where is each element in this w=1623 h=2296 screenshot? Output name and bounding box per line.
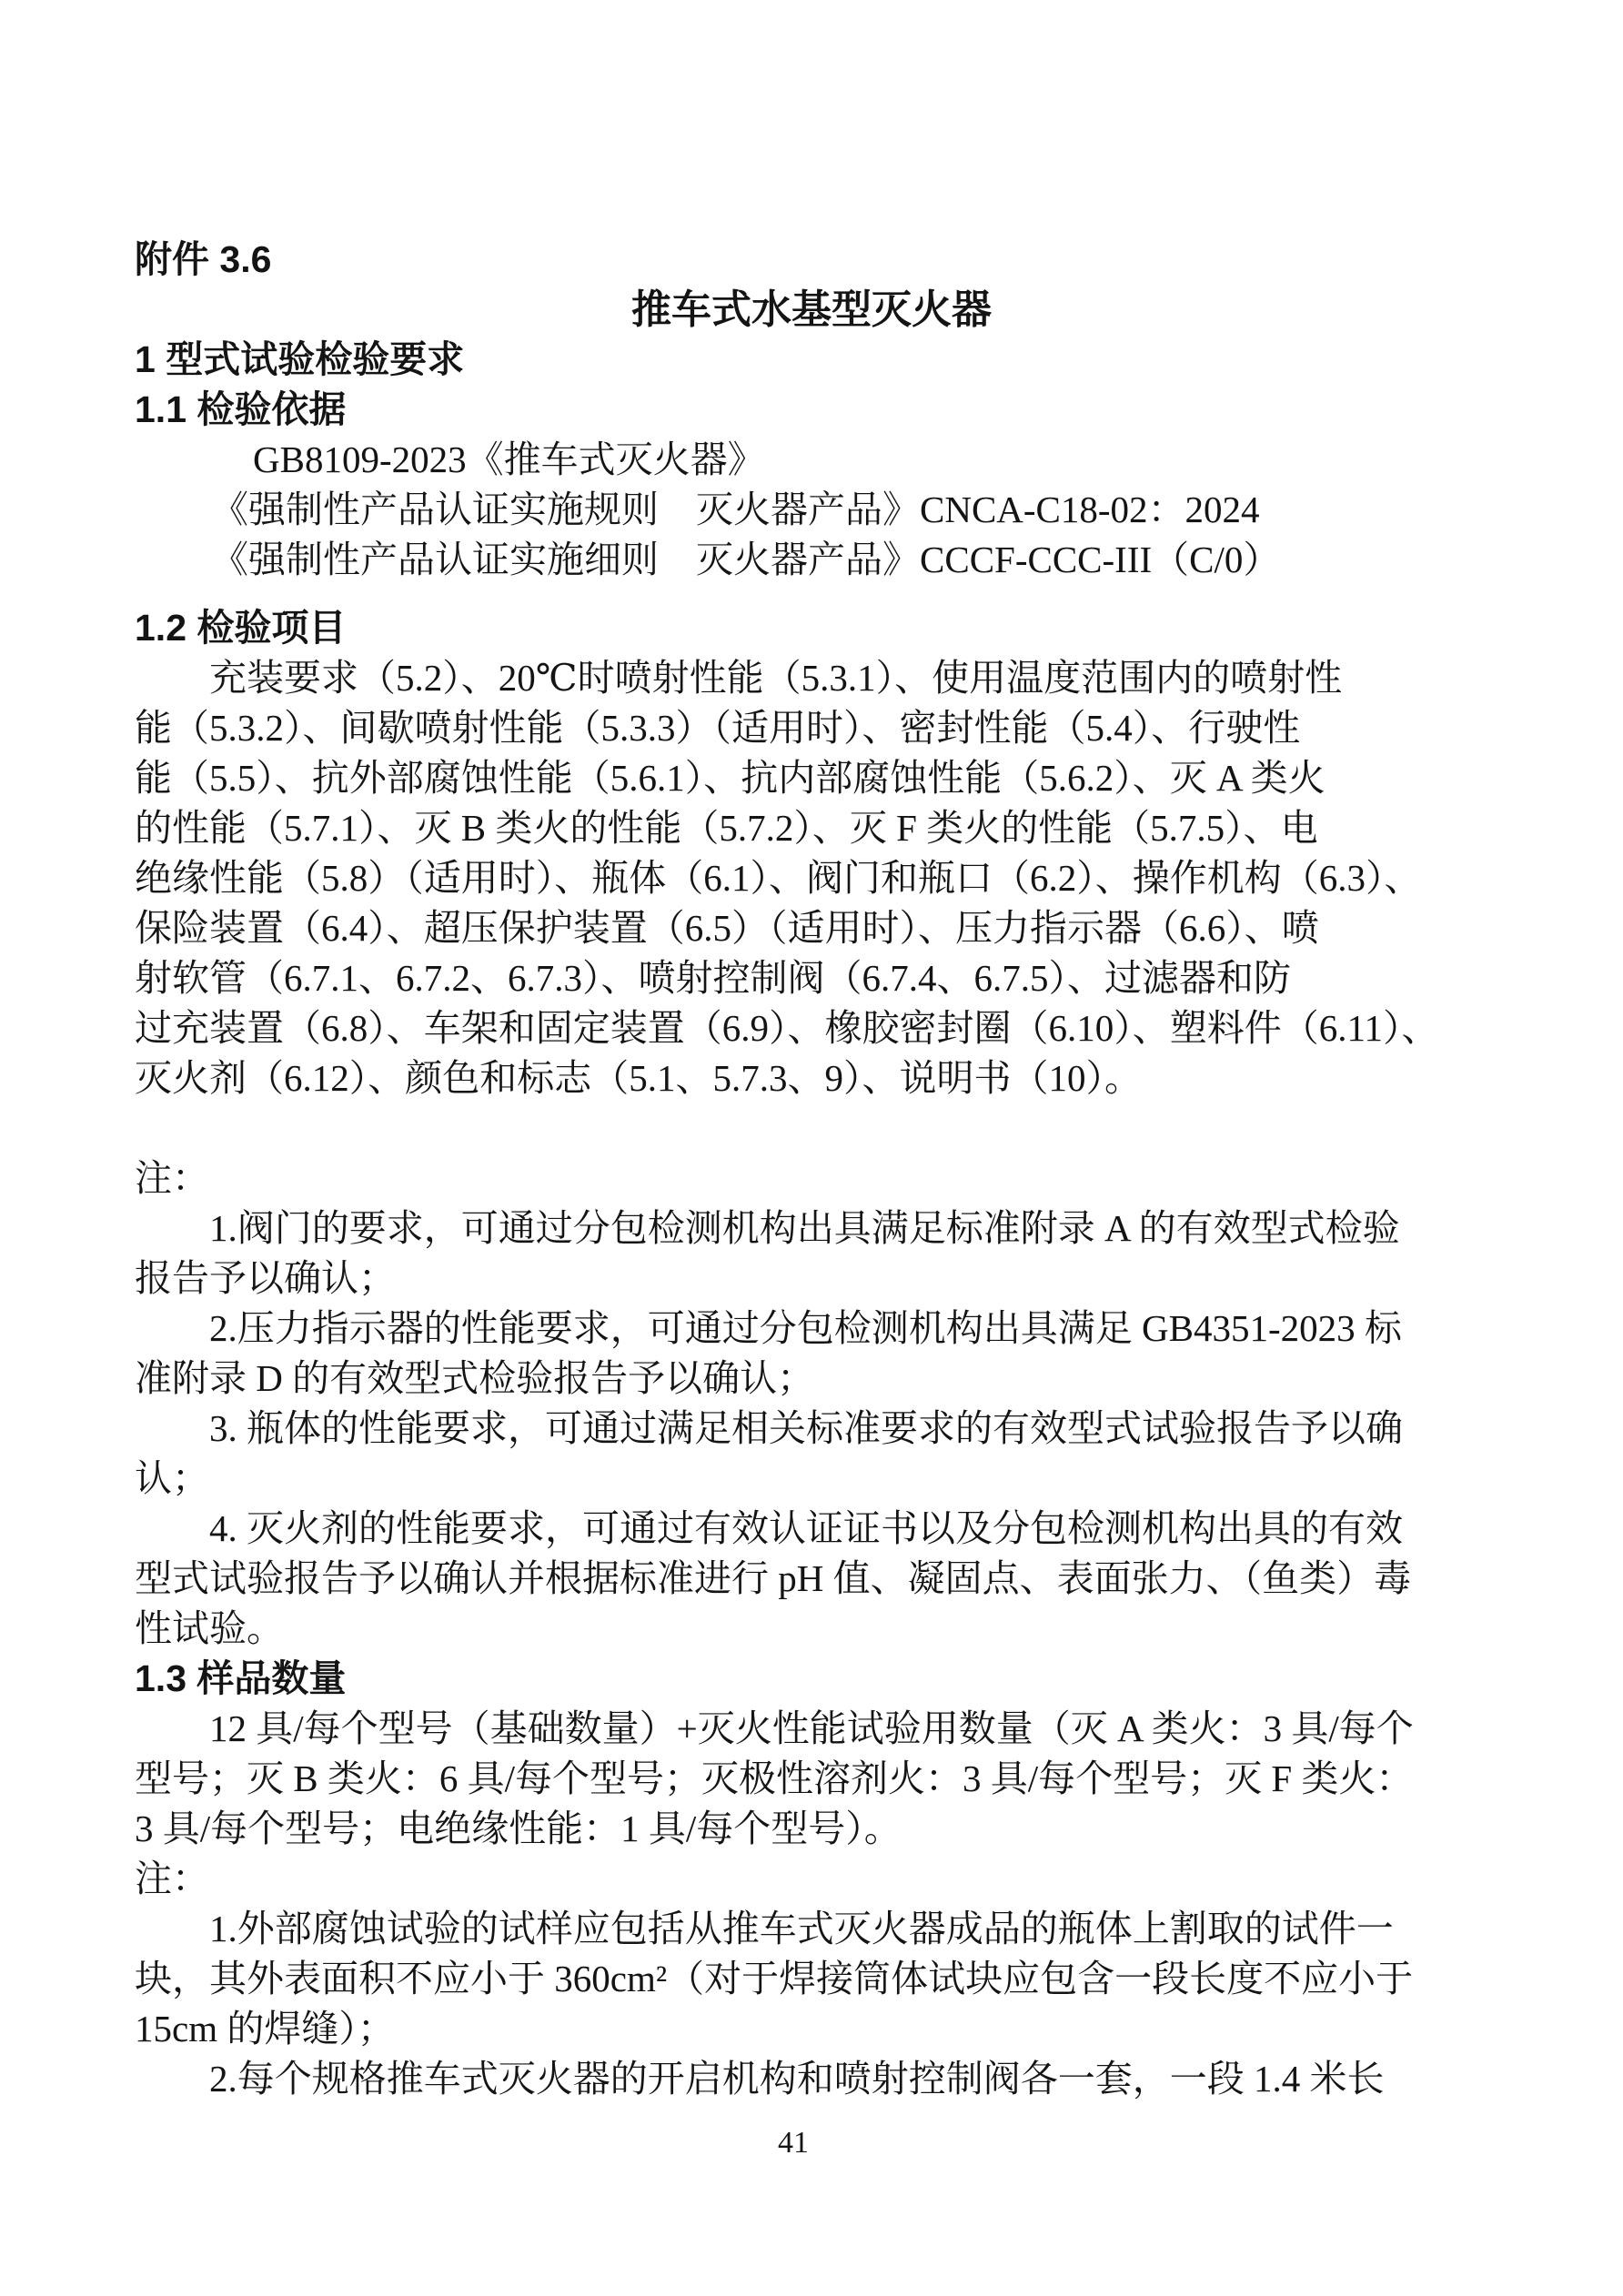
page-number: 41 — [0, 2125, 1587, 2161]
notes-label-section-1-3: 注： — [135, 1854, 1488, 1904]
section-1-1-heading: 1.1 检验依据 — [135, 385, 1488, 435]
notes-paragraph-section-1-3: 1.外部腐蚀试验的试样应包括从推车式灭火器成品的瓶体上割取的试件一 块，其外表面… — [135, 1904, 1488, 2104]
notes-label-section-1-2: 注： — [135, 1153, 1488, 1203]
document-page: 附件 3.6 推车式水基型灭火器 1 型式试验检验要求 1.1 检验依据 GB8… — [0, 0, 1623, 2296]
notes-paragraph-section-1-2: 1.阀门的要求，可通过分包检测机构出具满足标准附录 A 的有效型式检验 报告予以… — [135, 1203, 1488, 1654]
document-title: 推车式水基型灭火器 — [135, 285, 1488, 335]
reference-implementation-rule: 《强制性产品认证实施规则 灭火器产品》CNCA-C18-02：2024 — [135, 485, 1488, 535]
reference-standard-gb8109: GB8109-2023《推车式灭火器》 — [135, 435, 1488, 485]
section-1-2-heading: 1.2 检验项目 — [135, 603, 1488, 653]
document-content: 附件 3.6 推车式水基型灭火器 1 型式试验检验要求 1.1 检验依据 GB8… — [135, 235, 1488, 2104]
inspection-items-paragraph: 充装要求（5.2）、20℃时喷射性能（5.3.1）、使用温度范围内的喷射性 能（… — [135, 653, 1488, 1103]
reference-implementation-detail: 《强制性产品认证实施细则 灭火器产品》CCCF-CCC-III（C/0） — [135, 535, 1488, 585]
attachment-label: 附件 3.6 — [135, 235, 1488, 285]
section-1-3-heading: 1.3 样品数量 — [135, 1654, 1488, 1704]
section-1-heading: 1 型式试验检验要求 — [135, 335, 1488, 385]
sample-quantity-paragraph: 12 具/每个型号（基础数量）+灭火性能试验用数量（灭 A 类火：3 具/每个 … — [135, 1704, 1488, 1854]
